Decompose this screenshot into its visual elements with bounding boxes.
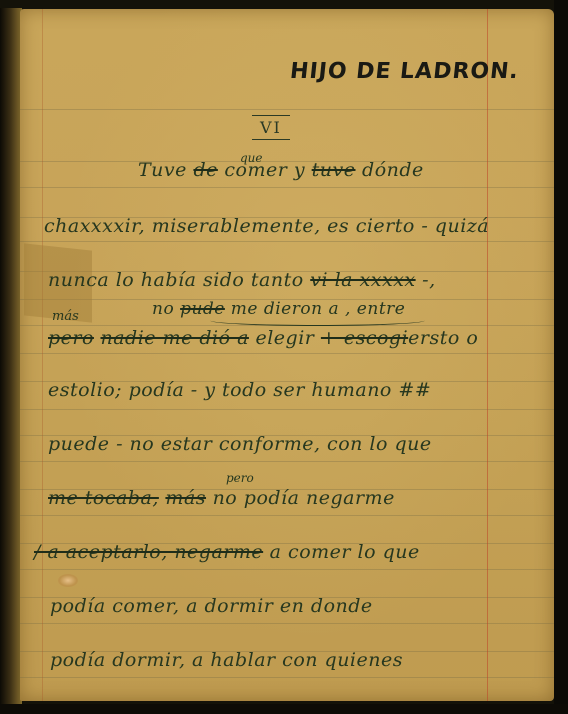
manuscript-line-2: chaxxxxir, miserablemente, es cierto - q… [44, 215, 489, 237]
margin-insert: más [52, 309, 79, 324]
ruled-line [20, 187, 554, 188]
paper-stain [58, 574, 78, 587]
interlinear-insert: que [240, 151, 263, 165]
ruled-line [20, 109, 554, 110]
ruled-line [20, 409, 554, 410]
ruled-line [20, 241, 554, 242]
struck-word: de [193, 159, 217, 181]
struck-word: tuve [312, 159, 356, 181]
right-margin-line [487, 9, 488, 701]
scan-frame-bottom [0, 704, 568, 714]
chapter-number: VI [252, 115, 290, 140]
manuscript-title: HIJO DE LADRON. [289, 59, 520, 84]
manuscript-scan: HIJO DE LADRON. VI Tuve de comer y tuve … [0, 0, 568, 714]
manuscript-line-8: me tocaba, más no podía negarme [48, 487, 395, 509]
notebook-binding [0, 8, 22, 708]
struck-phrase: / a aceptarlo, negarme [34, 541, 263, 563]
struck-word: pero [48, 327, 94, 349]
ruled-line [20, 461, 554, 462]
manuscript-page: HIJO DE LADRON. VI Tuve de comer y tuve … [20, 9, 554, 701]
struck-phrase: nadie me dió a [100, 327, 248, 349]
struck-word: más [165, 487, 206, 509]
interlinear-insert: pero [226, 471, 254, 485]
ruled-line [20, 353, 554, 354]
struck-phrase: me tocaba, [48, 487, 159, 509]
ruled-line [20, 569, 554, 570]
scan-frame-right [554, 0, 568, 714]
left-margin-line [42, 9, 43, 701]
manuscript-line-7: puede - no estar conforme, con lo que [48, 433, 432, 455]
manuscript-line-1: Tuve de comer y tuve dónde [138, 159, 424, 181]
manuscript-line-10: podía comer, a dormir en donde [50, 595, 373, 617]
manuscript-line-11: podía dormir, a hablar con quienes [50, 649, 403, 671]
manuscript-line-6: estolio; podía - y todo ser humano ## [48, 379, 431, 401]
ruled-line [20, 515, 554, 516]
insertion-curve [210, 315, 425, 326]
manuscript-line-3: nunca lo había sido tanto vi la xxxxx -, [48, 269, 436, 291]
manuscript-line-9: / a aceptarlo, negarme a comer lo que [34, 541, 420, 563]
ruled-line [20, 677, 554, 678]
manuscript-line-5: pero nadie me dió a elegir + escogiersto… [48, 327, 478, 349]
struck-phrase: vi la xxxxx [310, 269, 415, 291]
ruled-line [20, 623, 554, 624]
struck-word: + escogi [321, 327, 408, 349]
